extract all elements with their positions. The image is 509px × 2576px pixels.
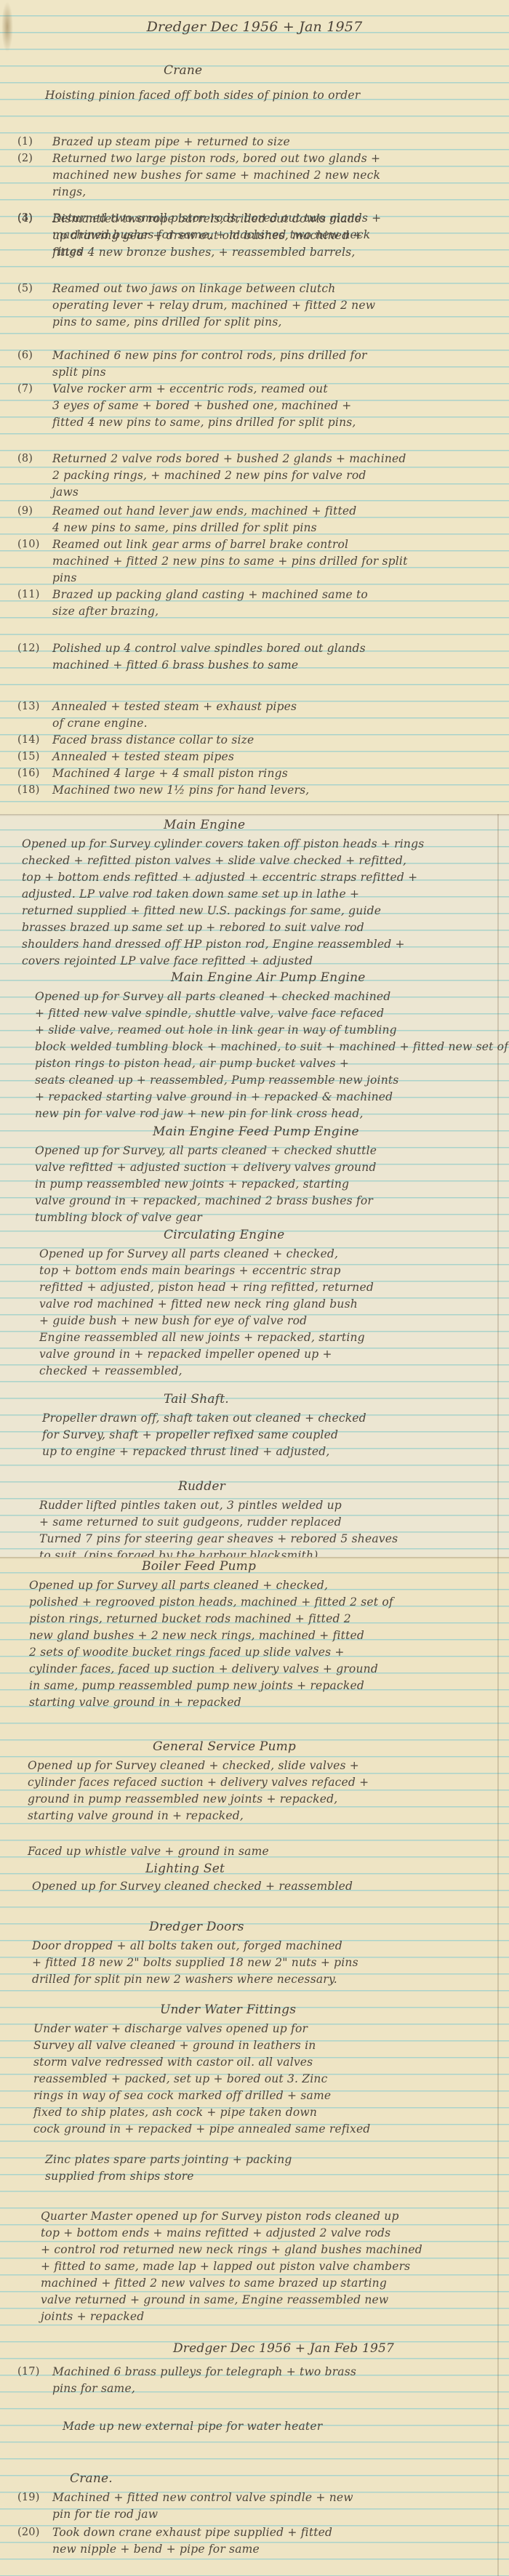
item-text: Returned two large piston rods, bored ou…	[52, 150, 509, 201]
section-heading-main-engine: Main Engine	[164, 817, 382, 834]
item-number: (1)	[0, 134, 52, 150]
section-heading-air-pump-engine: Main Engine Air Pump Engine	[171, 970, 462, 986]
item-text: Reamed out link gear arms of barrel brak…	[52, 536, 509, 587]
item-20: (20) Took down crane exhaust pipe suppli…	[0, 2524, 509, 2559]
crane-item-10: (10) Reamed out link gear arms of barrel…	[0, 536, 509, 587]
page-3: Boiler Feed Pump Opened up for Survey al…	[0, 1557, 509, 2576]
crane-item-14: (14) Faced brass distance collar to size	[0, 732, 509, 749]
second-entry-items: (17) Machined 6 brass pulleys for telegr…	[0, 2364, 509, 2407]
item-text: Dismantled two rope barrels, drilled out…	[52, 211, 509, 261]
crane-item-6: (6) Machined 6 new pins for control rods…	[0, 347, 509, 381]
section-heading-under-water-fittings: Under Water Fittings	[160, 2002, 378, 2018]
item-19: (19) Machined + fitted new control valve…	[0, 2490, 509, 2524]
item-number: (10)	[0, 536, 52, 553]
second-crane-items: (19) Machined + fitted new control valve…	[0, 2490, 509, 2559]
section-text-main-engine: Opened up for Survey cylinder covers tak…	[0, 836, 509, 970]
section-heading-boiler-feed-pump: Boiler Feed Pump	[142, 1558, 360, 1575]
crane-item-13: (13) Annealed + tested steam + exhaust p…	[0, 699, 509, 732]
section-text-zinc-plates: Zinc plates spare parts jointing + packi…	[0, 2152, 509, 2185]
item-text: Valve rocker arm + eccentric rods, reame…	[52, 381, 509, 431]
crane-item-16: (16) Machined 4 large + 4 small piston r…	[0, 765, 509, 782]
item-text: Faced brass distance collar to size	[52, 732, 509, 749]
page-1: Dredger Dec 1956 + Jan 1957 Crane Hoisti…	[0, 0, 509, 814]
crane-intro: Hoisting pinion faced off both sides of …	[19, 87, 509, 104]
item-text: Returned 2 valve rods bored + bushed 2 g…	[52, 451, 509, 501]
section-text-dredger-doors: Door dropped + all bolts taken out, forg…	[0, 1938, 509, 1988]
section-heading-dredger-doors: Dredger Doors	[149, 1919, 338, 1936]
item-number: (20)	[0, 2524, 52, 2541]
section-text-circulating-engine: Opened up for Survey all parts cleaned +…	[0, 1246, 509, 1380]
crane-item-18: (18) Machined two new 1½ pins for hand l…	[0, 782, 509, 799]
item-number: (17)	[0, 2364, 52, 2380]
section-text-general-service-pump: Opened up for Survey cleaned + checked, …	[0, 1758, 509, 1824]
item-number: (14)	[0, 732, 52, 749]
item-number: (5)	[0, 281, 52, 297]
crane-item-5: (5) Reamed out two jaws on linkage betwe…	[0, 281, 509, 347]
section-heading-feed-pump-engine: Main Engine Feed Pump Engine	[153, 1124, 444, 1140]
item-text: Annealed + tested steam + exhaust pipes …	[52, 699, 509, 732]
crane-item-8: (8) Returned 2 valve rods bored + bushed…	[0, 451, 509, 503]
page-2: Main Engine Opened up for Survey cylinde…	[0, 814, 509, 1557]
item-text: Brazed up steam pipe + returned to size	[52, 134, 509, 150]
item-number: (2)	[0, 150, 52, 167]
crane-item-2: (2) Returned two large piston rods, bore…	[0, 150, 509, 210]
section-heading-general-service-pump: General Service Pump	[153, 1739, 414, 1755]
item-number: (11)	[0, 587, 52, 603]
item-text: Machined 6 new pins for control rods, pi…	[52, 347, 509, 381]
item-text: Polished up 4 control valve spindles bor…	[52, 640, 509, 674]
item-number: (4)	[0, 211, 52, 228]
item-text: Took down crane exhaust pipe supplied + …	[52, 2524, 509, 2558]
page-title: Dredger Dec 1956 + Jan 1957	[0, 19, 509, 36]
item-text: Brazed up packing gland casting + machin…	[52, 587, 509, 620]
section-heading-circulating-engine: Circulating Engine	[164, 1227, 382, 1244]
section-text-feed-pump-engine: Opened up for Survey, all parts cleaned …	[0, 1143, 509, 1226]
section-text-rudder: Rudder lifted pintles taken out, 3 pintl…	[0, 1497, 509, 1557]
item-number: (6)	[0, 347, 52, 364]
section-heading-tail-shaft: Tail Shaft.	[164, 1391, 382, 1408]
item-number: (8)	[0, 451, 52, 467]
page-seam	[0, 814, 509, 816]
item-number: (15)	[0, 749, 52, 765]
item-number: (18)	[0, 782, 52, 799]
section-text-lighting-set: Opened up for Survey cleaned checked + r…	[0, 1878, 509, 1895]
item-number: (19)	[0, 2490, 52, 2506]
item-number: (7)	[0, 381, 52, 398]
crane-item-1: (1) Brazed up steam pipe + returned to s…	[0, 134, 509, 150]
section-heading-crane: Crane	[164, 63, 309, 79]
item-text: Machined 4 large + 4 small piston rings	[52, 765, 509, 782]
section-heading-rudder: Rudder	[178, 1478, 324, 1495]
crane-item-11: (11) Brazed up packing gland casting + m…	[0, 587, 509, 640]
section-heading-lighting-set: Lighting Set	[145, 1861, 291, 1877]
item-text: Machined two new 1½ pins for hand levers…	[52, 782, 509, 799]
item-text: Annealed + tested steam pipes	[52, 749, 509, 765]
section-text-air-pump-engine: Opened up for Survey all parts cleaned +…	[0, 989, 509, 1122]
crane-item-4: (4) Dismantled two rope barrels, drilled…	[0, 211, 509, 281]
section-text-quarter-master: Quarter Master opened up for Survey pist…	[0, 2208, 509, 2325]
second-entry-title: Dredger Dec 1956 + Jan Feb 1957	[80, 2340, 487, 2357]
item-text: Machined + fitted new control valve spin…	[52, 2490, 509, 2523]
crane-item-9: (9) Reamed out hand lever jaw ends, mach…	[0, 503, 509, 536]
section-text-under-water-fittings: Under water + discharge valves opened up…	[0, 2021, 509, 2138]
second-crane-heading: Crane.	[70, 2471, 215, 2487]
item-text: Reamed out hand lever jaw ends, machined…	[52, 503, 509, 536]
item-number: (16)	[0, 765, 52, 782]
crane-item-12: (12) Polished up 4 control valve spindle…	[0, 640, 509, 699]
water-heater-note: Made up new external pipe for water heat…	[0, 2418, 509, 2435]
section-text-whistle: Faced up whistle valve + ground in same	[0, 1843, 509, 1860]
item-number: (13)	[0, 699, 52, 715]
crane-item-list-2: (4) Dismantled two rope barrels, drilled…	[0, 211, 509, 799]
item-text: Reamed out two jaws on linkage between c…	[52, 281, 509, 331]
section-text-boiler-feed-pump: Opened up for Survey all parts cleaned +…	[0, 1577, 509, 1711]
item-number: (12)	[0, 640, 52, 657]
crane-item-7: (7) Valve rocker arm + eccentric rods, r…	[0, 381, 509, 451]
crane-item-15: (15) Annealed + tested steam pipes	[0, 749, 509, 765]
section-text-tail-shaft: Propeller drawn off, shaft taken out cle…	[0, 1410, 509, 1460]
item-17: (17) Machined 6 brass pulleys for telegr…	[0, 2364, 509, 2407]
item-number: (9)	[0, 503, 52, 520]
item-text: Machined 6 brass pulleys for telegraph +…	[52, 2364, 509, 2397]
